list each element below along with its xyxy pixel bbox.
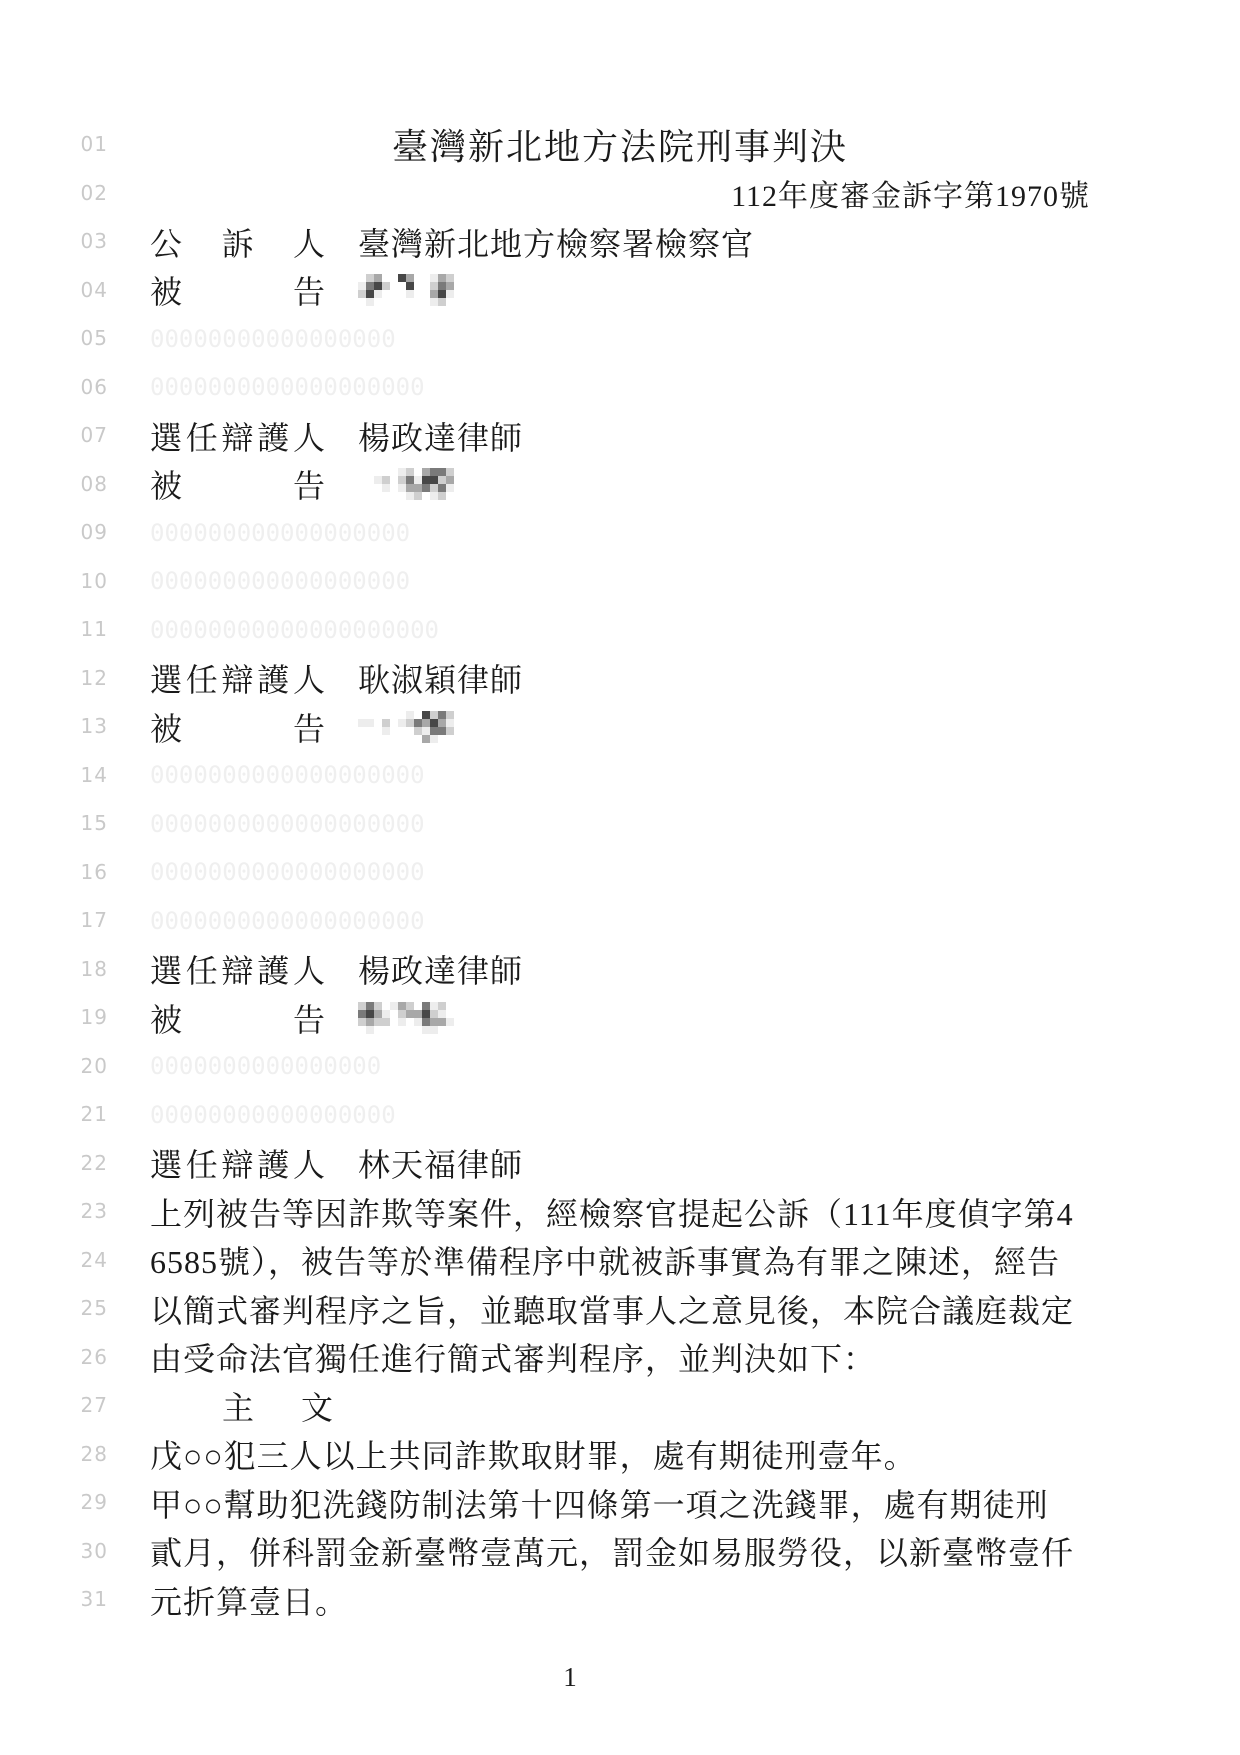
document-line: 07選任辯護人楊政達律師 — [0, 411, 1240, 460]
party-label: 被告 — [150, 704, 326, 750]
redacted-faint-text: 00000000000000000 — [150, 325, 396, 353]
party-row: 選任辯護人耿淑穎律師 — [150, 654, 1090, 703]
redacted-faint-text: 0000000000000000000 — [150, 810, 425, 838]
party-label-char: 告 — [293, 267, 326, 313]
line-content: 6585號），被告等於準備程序中就被訴事實為有罪之陳述，經告 — [150, 1236, 1090, 1285]
line-number: 19 — [0, 993, 108, 1042]
line-content: 戊○○犯三人以上共同詐欺取財罪，處有期徒刑壹年。 — [150, 1430, 1090, 1479]
party-value: 耿淑穎律師 — [358, 655, 523, 701]
party-label-char: 告 — [293, 461, 326, 507]
document-line: 25以簡式審判程序之旨，並聽取當事人之意見後，本院合議庭裁定 — [0, 1284, 1240, 1333]
redacted-faint-text: 0000000000000000 — [150, 1052, 381, 1080]
line-number: 24 — [0, 1236, 108, 1285]
section-heading-char: 文 — [301, 1383, 334, 1429]
document-line: 18選任辯護人楊政達律師 — [0, 945, 1240, 994]
document-line: 13被告 — [0, 702, 1240, 751]
document-line: 02112年度審金訴字第1970號 — [0, 169, 1240, 218]
body-text: 以簡式審判程序之旨，並聽取當事人之意見後，本院合議庭裁定 — [150, 1286, 1074, 1332]
document-line: 09000000000000000000 — [0, 508, 1240, 557]
body-text: 元折算壹日。 — [150, 1577, 348, 1623]
line-number: 31 — [0, 1575, 108, 1624]
document-line: 170000000000000000000 — [0, 896, 1240, 945]
redacted-faint-text: 00000000000000000 — [150, 1101, 396, 1129]
party-value: 林天福律師 — [358, 1140, 523, 1186]
party-label-char: 人 — [293, 413, 326, 459]
body-text: 上列被告等因詐欺等案件，經檢察官提起公訴（111年度偵字第4 — [150, 1189, 1074, 1235]
line-content: 元折算壹日。 — [150, 1575, 1090, 1624]
line-content: 貳月，併科罰金新臺幣壹萬元，罰金如易服勞役，以新臺幣壹仟 — [150, 1527, 1090, 1576]
line-number: 04 — [0, 266, 108, 315]
document-line: 08被告 — [0, 460, 1240, 509]
party-label: 選任辯護人 — [150, 413, 326, 459]
line-number: 11 — [0, 605, 108, 654]
line-number: 17 — [0, 896, 108, 945]
document-line: 060000000000000000000 — [0, 363, 1240, 412]
case-number: 112年度審金訴字第1970號 — [731, 171, 1090, 215]
line-number: 10 — [0, 557, 108, 606]
party-value: 楊政達律師 — [358, 946, 523, 992]
document-line: 04被告 — [0, 266, 1240, 315]
party-label-char: 任 — [186, 1140, 219, 1186]
party-label-char: 選 — [150, 655, 183, 701]
line-number: 16 — [0, 848, 108, 897]
document-line: 246585號），被告等於準備程序中就被訴事實為有罪之陳述，經告 — [0, 1236, 1240, 1285]
document-line: 140000000000000000000 — [0, 751, 1240, 800]
party-label: 被告 — [150, 267, 326, 313]
party-row: 被告 — [150, 993, 1090, 1042]
party-label: 公訴人 — [150, 219, 326, 265]
party-label-char: 被 — [150, 461, 183, 507]
line-content: 甲○○幫助犯洗錢防制法第十四條第一項之洗錢罪，處有期徒刑 — [150, 1478, 1090, 1527]
line-number: 01 — [0, 120, 108, 169]
party-label-char: 人 — [293, 219, 326, 265]
redacted-faint-row: 00000000000000000000 — [150, 605, 1090, 654]
party-label-char: 選 — [150, 946, 183, 992]
party-label-char: 護 — [257, 1140, 290, 1186]
line-number: 13 — [0, 702, 108, 751]
party-label-char: 任 — [186, 413, 219, 459]
redacted-faint-text: 00000000000000000000 — [150, 616, 439, 644]
line-number: 21 — [0, 1090, 108, 1139]
line-number: 28 — [0, 1430, 108, 1479]
document-line: 200000000000000000 — [0, 1042, 1240, 1091]
party-label-char: 辯 — [221, 413, 254, 459]
body-text: 戊○○犯三人以上共同詐欺取財罪，處有期徒刑壹年。 — [150, 1431, 917, 1477]
party-label-char: 護 — [257, 946, 290, 992]
party-row: 被告 — [150, 460, 1090, 509]
party-label-char: 人 — [293, 655, 326, 701]
party-label-char: 告 — [293, 704, 326, 750]
line-number: 08 — [0, 460, 108, 509]
redacted-name-mosaic — [358, 274, 454, 306]
document-line: 27主文 — [0, 1381, 1240, 1430]
document-line: 10000000000000000000 — [0, 557, 1240, 606]
line-number: 06 — [0, 363, 108, 412]
body-text: 貳月，併科罰金新臺幣壹萬元，罰金如易服勞役，以新臺幣壹仟 — [150, 1528, 1074, 1574]
line-number: 02 — [0, 169, 108, 218]
party-label-char: 辯 — [221, 946, 254, 992]
redacted-faint-text: 0000000000000000000 — [150, 907, 425, 935]
party-label-char: 辯 — [221, 655, 254, 701]
party-value: 臺灣新北地方檢察署檢察官 — [358, 219, 754, 265]
line-number: 20 — [0, 1042, 108, 1091]
document-line: 03公訴人臺灣新北地方檢察署檢察官 — [0, 217, 1240, 266]
document-line: 30貳月，併科罰金新臺幣壹萬元，罰金如易服勞役，以新臺幣壹仟 — [0, 1527, 1240, 1576]
document-line: 150000000000000000000 — [0, 799, 1240, 848]
line-number: 22 — [0, 1139, 108, 1188]
line-number: 25 — [0, 1284, 108, 1333]
party-label-char: 被 — [150, 267, 183, 313]
document-line: 22選任辯護人林天福律師 — [0, 1139, 1240, 1188]
document-line: 23上列被告等因詐欺等案件，經檢察官提起公訴（111年度偵字第4 — [0, 1187, 1240, 1236]
party-label-char: 選 — [150, 413, 183, 459]
page-footer: 1 — [0, 1662, 1140, 1693]
party-label-char: 選 — [150, 1140, 183, 1186]
document-line: 29甲○○幫助犯洗錢防制法第十四條第一項之洗錢罪，處有期徒刑 — [0, 1478, 1240, 1527]
party-label-char: 辯 — [221, 1140, 254, 1186]
party-label: 被告 — [150, 995, 326, 1041]
line-number: 12 — [0, 654, 108, 703]
line-number: 05 — [0, 314, 108, 363]
redacted-faint-row: 0000000000000000000 — [150, 751, 1090, 800]
document-line: 12選任辯護人耿淑穎律師 — [0, 654, 1240, 703]
redacted-faint-text: 000000000000000000 — [150, 519, 410, 547]
party-row: 被告 — [150, 702, 1090, 751]
party-label: 選任辯護人 — [150, 655, 326, 701]
party-label: 被告 — [150, 461, 326, 507]
party-label-char: 護 — [257, 413, 290, 459]
body-text: 由受命法官獨任進行簡式審判程序，並判決如下： — [150, 1334, 876, 1380]
redacted-faint-row: 00000000000000000 — [150, 1090, 1090, 1139]
party-label: 選任辯護人 — [150, 1140, 326, 1186]
document-line: 19被告 — [0, 993, 1240, 1042]
line-number: 26 — [0, 1333, 108, 1382]
redacted-faint-row: 000000000000000000 — [150, 508, 1090, 557]
line-number: 27 — [0, 1381, 108, 1430]
party-label-char: 告 — [293, 995, 326, 1041]
line-number: 03 — [0, 217, 108, 266]
redacted-name-mosaic — [358, 468, 454, 500]
party-label-char: 人 — [293, 1140, 326, 1186]
body-text: 6585號），被告等於準備程序中就被訴事實為有罪之陳述，經告 — [150, 1237, 1060, 1283]
party-value: 楊政達律師 — [358, 413, 523, 459]
redacted-faint-row: 0000000000000000 — [150, 1042, 1090, 1091]
document-line: 01臺灣新北地方法院刑事判決 — [0, 120, 1240, 169]
line-number: 07 — [0, 411, 108, 460]
redacted-faint-text: 0000000000000000000 — [150, 373, 425, 401]
document-line: 2100000000000000000 — [0, 1090, 1240, 1139]
redacted-faint-row: 0000000000000000000 — [150, 896, 1090, 945]
redacted-faint-text: 0000000000000000000 — [150, 761, 425, 789]
document-line: 28戊○○犯三人以上共同詐欺取財罪，處有期徒刑壹年。 — [0, 1430, 1240, 1479]
redacted-name-mosaic — [358, 711, 454, 743]
party-row: 選任辯護人林天福律師 — [150, 1139, 1090, 1188]
document-line: 26由受命法官獨任進行簡式審判程序，並判決如下： — [0, 1333, 1240, 1382]
line-number: 15 — [0, 799, 108, 848]
body-text: 甲○○幫助犯洗錢防制法第十四條第一項之洗錢罪，處有期徒刑 — [150, 1480, 1049, 1526]
redacted-name-mosaic — [358, 1002, 454, 1034]
party-row: 被告 — [150, 266, 1090, 315]
line-number: 18 — [0, 945, 108, 994]
redacted-faint-text: 000000000000000000 — [150, 567, 410, 595]
redacted-faint-row: 00000000000000000 — [150, 314, 1090, 363]
line-content: 由受命法官獨任進行簡式審判程序，並判決如下： — [150, 1333, 1090, 1382]
redacted-faint-row: 000000000000000000 — [150, 557, 1090, 606]
party-row: 公訴人臺灣新北地方檢察署檢察官 — [150, 217, 1090, 266]
party-label-char: 被 — [150, 704, 183, 750]
line-content: 112年度審金訴字第1970號 — [150, 169, 1090, 218]
document-line: 160000000000000000000 — [0, 848, 1240, 897]
party-row: 選任辯護人楊政達律師 — [150, 945, 1090, 994]
party-label-char: 任 — [186, 946, 219, 992]
line-number: 09 — [0, 508, 108, 557]
line-content: 臺灣新北地方法院刑事判決 — [150, 120, 1090, 169]
party-row: 選任辯護人楊政達律師 — [150, 411, 1090, 460]
line-content: 上列被告等因詐欺等案件，經檢察官提起公訴（111年度偵字第4 — [150, 1187, 1090, 1236]
document-line: 0500000000000000000 — [0, 314, 1240, 363]
party-label-char: 護 — [257, 655, 290, 701]
line-content: 以簡式審判程序之旨，並聽取當事人之意見後，本院合議庭裁定 — [150, 1284, 1090, 1333]
party-label-char: 訴 — [221, 219, 254, 265]
document-body: 01臺灣新北地方法院刑事判決02112年度審金訴字第1970號03公訴人臺灣新北… — [0, 0, 1240, 1755]
document-line: 31元折算壹日。 — [0, 1575, 1240, 1624]
document-title: 臺灣新北地方法院刑事判決 — [392, 119, 848, 170]
line-number: 14 — [0, 751, 108, 800]
redacted-faint-row: 0000000000000000000 — [150, 363, 1090, 412]
party-label-char: 人 — [293, 946, 326, 992]
party-label-char: 公 — [150, 219, 183, 265]
line-number: 23 — [0, 1187, 108, 1236]
party-label-char: 任 — [186, 655, 219, 701]
line-number: 30 — [0, 1527, 108, 1576]
redacted-faint-row: 0000000000000000000 — [150, 848, 1090, 897]
party-label-char: 被 — [150, 995, 183, 1041]
section-heading: 主文 — [150, 1381, 1090, 1430]
line-number: 29 — [0, 1478, 108, 1527]
redacted-faint-row: 0000000000000000000 — [150, 799, 1090, 848]
page-number: 1 — [563, 1662, 577, 1692]
redacted-faint-text: 0000000000000000000 — [150, 858, 425, 886]
section-heading-char: 主 — [222, 1383, 255, 1429]
party-label: 選任辯護人 — [150, 946, 326, 992]
judgment-page: 01臺灣新北地方法院刑事判決02112年度審金訴字第1970號03公訴人臺灣新北… — [0, 0, 1240, 1755]
document-line: 1100000000000000000000 — [0, 605, 1240, 654]
